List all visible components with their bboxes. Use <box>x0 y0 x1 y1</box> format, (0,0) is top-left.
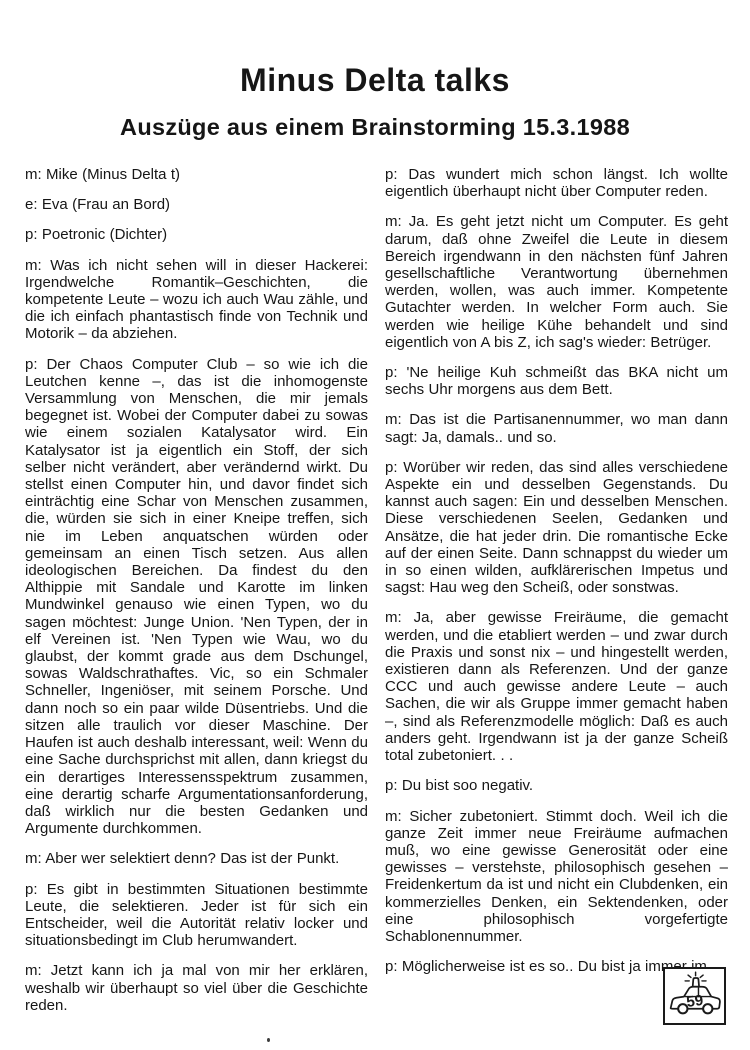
left-column: m: Mike (Minus Delta t) e: Eva (Frau an … <box>25 166 368 1027</box>
dialog-paragraph: p: 'Ne heilige Kuh schmeißt das BKA nich… <box>385 364 728 398</box>
speaker-key-m: m: Mike (Minus Delta t) <box>25 166 368 183</box>
dialog-paragraph: m: Was ich nicht sehen will in dieser Ha… <box>25 257 368 343</box>
dialog-paragraph: m: Jetzt kann ich ja mal von mir her erk… <box>25 962 368 1014</box>
speaker-key-e: e: Eva (Frau an Bord) <box>25 196 368 213</box>
page-title: Minus Delta talks <box>0 0 750 99</box>
two-column-text: m: Mike (Minus Delta t) e: Eva (Frau an … <box>0 166 750 1027</box>
dialog-paragraph: m: Das ist die Partisanennummer, wo man … <box>385 411 728 445</box>
police-car-icon: 59 <box>666 971 724 1021</box>
speaker-key-p: p: Poetronic (Dichter) <box>25 226 368 243</box>
page-subtitle: Auszüge aus einem Brainstorming 15.3.198… <box>0 114 750 141</box>
dialog-paragraph: p: Es gibt in bestimmten Situationen bes… <box>25 881 368 950</box>
dialog-paragraph: m: Sicher zubetoniert. Stimmt doch. Weil… <box>385 808 728 946</box>
dialog-paragraph: m: Aber wer selektiert denn? Das ist der… <box>25 850 368 867</box>
dialog-paragraph: p: Das wundert mich schon längst. Ich wo… <box>385 166 728 200</box>
right-column: p: Das wundert mich schon längst. Ich wo… <box>385 166 728 1027</box>
dialog-paragraph: p: Du bist soo negativ. <box>385 777 728 794</box>
dialog-paragraph: m: Ja. Es geht jetzt nicht um Computer. … <box>385 213 728 351</box>
scan-artifact-dot <box>267 1038 270 1042</box>
dialog-paragraph: m: Ja, aber gewisse Freiräume, die gemac… <box>385 609 728 764</box>
dialog-paragraph: p: Worüber wir reden, das sind alles ver… <box>385 459 728 597</box>
document-page: Minus Delta talks Auszüge aus einem Brai… <box>0 0 750 1050</box>
page-stamp-box: 59 <box>663 967 726 1025</box>
dialog-paragraph: p: Der Chaos Computer Club – so wie ich … <box>25 356 368 838</box>
stamp-number: 59 <box>685 992 704 1011</box>
